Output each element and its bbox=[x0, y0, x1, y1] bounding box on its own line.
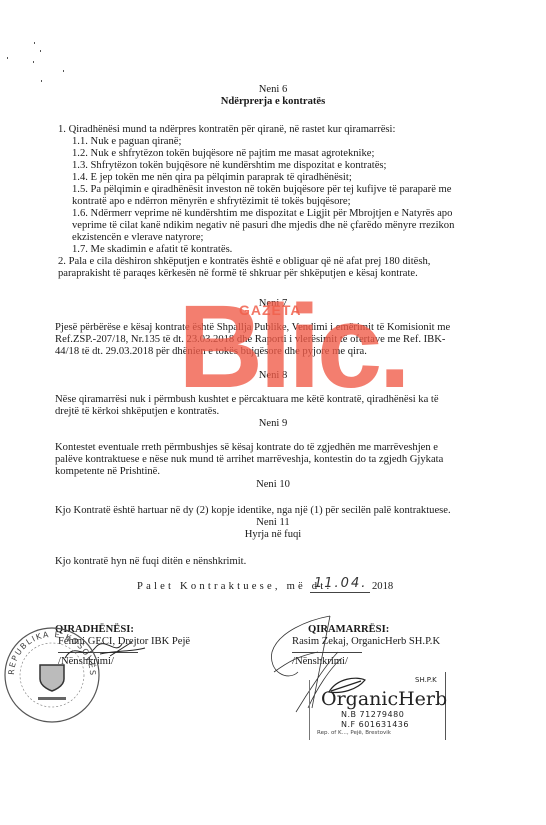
article-6-item: 1.4. E jep tokën me nën qira pa pëlqimin… bbox=[72, 172, 352, 184]
handwritten-date: 11.04. bbox=[314, 576, 367, 591]
article-9-line: Kontestet eventuale rreth përmbushjes së… bbox=[55, 442, 438, 454]
article-8-line: drejtë të kërkoi shkëputjen e kontratës. bbox=[55, 406, 219, 418]
article-6-item: 1.1. Nuk e paguan qiranë; bbox=[72, 136, 181, 148]
article-6-item: 1.5. Pa pëlqimin e qiradhënësit investon… bbox=[72, 184, 452, 196]
article-6-item: 1. Qiradhënësi mund ta ndërpres kontratë… bbox=[58, 124, 395, 136]
signing-year: 2018 bbox=[372, 581, 393, 593]
article-6-item: paraprakisht të paraqes kërkesën në form… bbox=[58, 268, 418, 280]
article-6-item: 1.3. Shfrytëzon tokën bujqësore në kundë… bbox=[72, 160, 387, 172]
article-6-item: 1.6. Ndërmerr veprime në kundërshtim me … bbox=[72, 208, 452, 220]
signing-line: Palet Kontraktuese, më dt. bbox=[137, 581, 332, 593]
article-7-line: 44/18 të dt. 29.03.2018 për dhënien e to… bbox=[55, 346, 367, 358]
article-6-item: 2. Pala e cila dëshiron shkëputjen e kon… bbox=[58, 256, 430, 268]
article-10-heading: Neni 10 bbox=[0, 479, 546, 491]
article-6-item: 1.2. Nuk e shfrytëzon tokën bujqësore në… bbox=[72, 148, 374, 160]
stamp-suffix: SH.P.K bbox=[415, 676, 437, 684]
article-6-heading: Neni 6 bbox=[0, 84, 546, 96]
article-11-subheading: Hyrja në fuqi bbox=[0, 529, 546, 541]
article-9-line: palëve kontraktuese e nëse nuk mund të a… bbox=[55, 454, 443, 466]
stamp-brand: OrganicHerb bbox=[321, 688, 447, 710]
stamp-address: Rep. of K..., Pejë, Brestovik bbox=[317, 730, 391, 736]
article-8-heading: Neni 8 bbox=[0, 370, 546, 382]
article-11-heading: Neni 11 bbox=[0, 517, 546, 529]
article-9-heading: Neni 9 bbox=[0, 418, 546, 430]
stamp-nf: N.F 601631436 bbox=[341, 720, 409, 729]
article-7-line: Ref.ZSP.-207/18, Nr.135 të dt. 23.03.201… bbox=[55, 334, 445, 346]
article-6-item: 1.7. Me skadimin e afatit të kontratës. bbox=[72, 244, 232, 256]
article-7-heading: Neni 7 bbox=[0, 298, 546, 310]
lessor-official-stamp: REPUBLIKA E KOSOVËS bbox=[2, 625, 102, 725]
article-6-item: ekzistencën e vlerave natyrore; bbox=[72, 232, 203, 244]
article-9-line: kompetente në Prishtinë. bbox=[55, 466, 160, 478]
date-underline bbox=[310, 592, 370, 593]
article-8-line: Nëse qiramarrësi nuk i përmbush kushtet … bbox=[55, 394, 439, 406]
stamp-nb: N.B 71279480 bbox=[341, 710, 404, 719]
article-11-line: Kjo kontratë hyn në fuqi ditën e nënshkr… bbox=[55, 556, 246, 568]
article-6-subheading: Ndërprerja e kontratës bbox=[0, 96, 546, 108]
article-10-line: Kjo Kontratë është hartuar në dy (2) kop… bbox=[55, 505, 451, 517]
article-6-item: kontratë apo e ndërron mënyrën e shfrytë… bbox=[72, 196, 351, 208]
article-6-item: veprime të cilat kanë ndikim negativ në … bbox=[72, 220, 454, 232]
parties-label: Palet Kontraktuese, më dt. bbox=[137, 581, 332, 592]
article-7-line: Pjesë përbërëse e kësaj kontrate është S… bbox=[55, 322, 450, 334]
lessee-company-stamp: SH.P.K OrganicHerb N.B 71279480 N.F 6016… bbox=[309, 672, 445, 740]
